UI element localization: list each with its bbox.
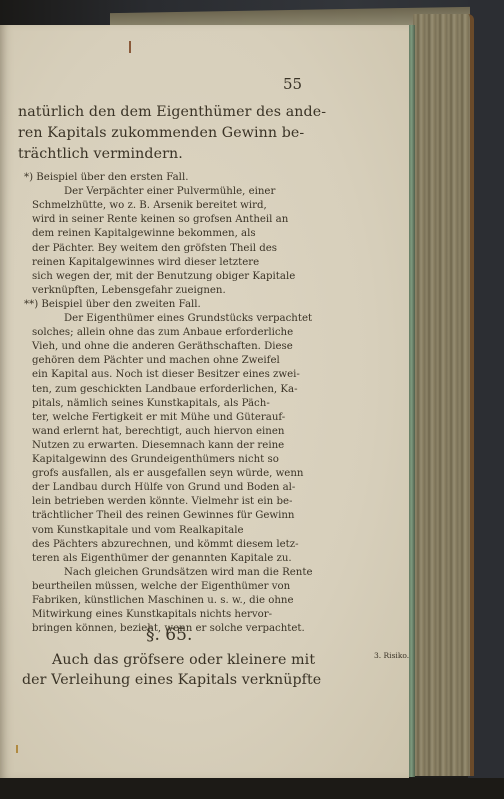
footnote-line: sich wegen der, mit der Benutzung obiger… [32,271,295,282]
footnote-line: der Landbau durch Hülfe von Grund und Bo… [32,482,295,493]
footnote-line: Vieh, und ohne die anderen Geräthschafte… [32,341,293,352]
footnote-line: reinen Kapitalgewinnes wird dieser letzt… [32,257,259,268]
page-edge [408,25,415,777]
body-line: trächtlich vermindern. [18,146,183,162]
body-line: natürlich den dem Eigenthümer des ande- [18,104,326,120]
footnote-line: wird in seiner Rente keinen so grofsen A… [32,214,288,225]
footnote-line: ten, zum geschickten Landbaue erforderli… [32,384,298,395]
footnote-line: **) Beispiel über den zweiten Fall. [24,299,201,310]
footnote-line: Mitwirkung eines Kunstkapitals nichts he… [32,609,272,620]
ink-mark [129,41,131,53]
ink-mark [16,745,18,753]
footnote-line: Fabriken, künstlichen Maschinen u. s. w.… [32,595,294,606]
footnote-line: Der Eigenthümer eines Grundstücks verpac… [64,313,312,324]
footnote-line: lein betrieben werden könnte. Vielmehr i… [32,496,292,507]
body-line: ren Kapitals zukommenden Gewinn be- [18,125,304,141]
footnote-line: ter, welche Fertigkeit er mit Mühe und G… [32,412,285,423]
footnote-line: verknüpften, Lebensgefahr zueignen. [32,285,226,296]
section-heading: §. 65. [146,625,192,645]
footnote-line: pitals, nämlich seines Kunstkapitals, al… [32,398,270,409]
margin-note: 3. Risiko. [374,651,409,660]
footnote-line: Schmelzhütte, wo z. B. Arsenik bereitet … [32,200,267,211]
footnote-line: gehören dem Pächter und machen ohne Zwei… [32,355,280,366]
footnote-line: trächtlicher Theil des reinen Gewinnes f… [32,510,295,521]
footnote-line: der Pächter. Bey weitem den gröfsten The… [32,243,277,254]
footnote-line: wand erlernt hat, berechtigt, auch hierv… [32,426,284,437]
footnote-line: des Pächters abzurechnen, und kömmt dies… [32,539,299,550]
footnote-line: solches; allein ohne das zum Anbaue erfo… [32,327,293,338]
footnote-line: beurtheilen müssen, welche der Eigenthüm… [32,581,290,592]
footnote-line: *) Beispiel über den ersten Fall. [24,172,188,183]
page-number: 55 [283,75,302,93]
body-line: Auch das gröfsere oder kleinere mit [52,652,315,668]
book-fore-edge [413,14,474,776]
footnote-line: Der Verpächter einer Pulvermühle, einer [64,186,275,197]
footnote-line: dem reinen Kapitalgewinne bekommen, als [32,228,256,239]
footnote-line: Kapitalgewinn des Grundeigenthümers nich… [32,454,279,465]
footnote-line: grofs ausfallen, als er ausgefallen seyn… [32,468,303,479]
background-bottom [0,778,504,799]
footnote-line: Nach gleichen Grundsätzen wird man die R… [64,567,312,578]
footnote-line: vom Kunstkapitale und vom Realkapitale [32,525,244,536]
footnote-line: ein Kapital aus. Noch ist dieser Besitze… [32,369,300,380]
body-line: der Verleihung eines Kapitals verknüpfte [22,672,321,688]
footnote-line: Nutzen zu erwarten. Diesemnach kann der … [32,440,284,451]
footnote-line: teren als Eigenthümer der genannten Kapi… [32,553,292,564]
